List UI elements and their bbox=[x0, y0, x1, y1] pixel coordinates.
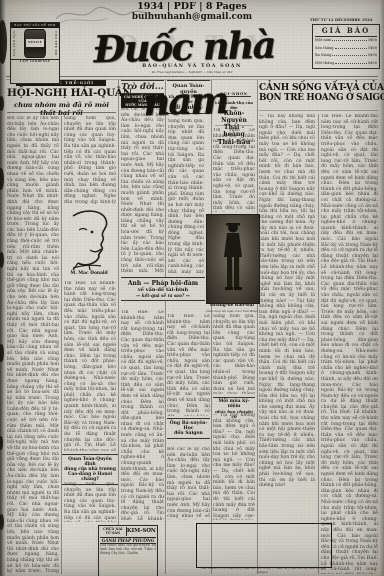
trodoi-body2: Tin Huế: Lễ khánh-thọ năm nay sẽ cử-hành… bbox=[121, 310, 164, 522]
scan-edge-right bbox=[380, 0, 384, 576]
baodai-caption-sub: (ảnh chụp hồi ngài còn ở bên Pháp) bbox=[196, 309, 268, 313]
watermark-email: buihuuhanh@gmail.com bbox=[0, 12, 384, 22]
price-label: Ba tháng bbox=[315, 52, 331, 60]
baodai-photo bbox=[206, 214, 260, 304]
heading-line: Ông Bá-xuyên-Học bbox=[167, 421, 210, 431]
kimson-note: Hốt thuốc theo toa gia-truyền, trị bịnh … bbox=[100, 544, 156, 568]
street-headline: CẢNH SỐNG VẤT-VẢ CỦA BỌN TRẺ HOANG Ở SAI… bbox=[259, 83, 378, 103]
price-box-title: GIÁ BÁO bbox=[315, 26, 377, 37]
quinhon-body3: — Tụi bây không nhà không cửa, ban đêm n… bbox=[213, 413, 255, 520]
governor-body3: Bởi các lẽ ấy cho nên dư-luận bên Âu-châ… bbox=[167, 447, 210, 520]
price-value: 0$90 bbox=[368, 52, 377, 60]
column-rule bbox=[61, 116, 62, 574]
bottom-photo-caption: Nền thành cổ với Phật-động ngàn thứ lạ ở… bbox=[198, 567, 328, 574]
price-label: Một năm bbox=[315, 37, 331, 45]
hanoi-school-heading: Quan Toàn-Quyền định dùng cửa nhà trường… bbox=[62, 454, 118, 485]
milk-can-label: NESTLÉ bbox=[26, 39, 44, 47]
governor-body2: Tin Huế: Lễ khánh-thọ năm nay sẽ cử-hành… bbox=[167, 314, 210, 416]
governor-body: Sáng hôm qua, chuyến xe lửa tốp nhứt đã … bbox=[168, 119, 204, 274]
baxuyen-heading: Ông Bá-xuyên-Học đến Saigon bbox=[167, 418, 210, 439]
caricature-caption: M. Mac Donald bbox=[59, 271, 119, 276]
milk-ad-side-left: SỮA RẤT TỐT bbox=[12, 31, 16, 75]
kimson-text: TỬ SẢN bbox=[100, 531, 126, 535]
headline-line: BỌN TRẺ HOANG Ở SAIGON bbox=[259, 93, 378, 103]
naval-subhead: chưa nhóm mà đã rõ mòi thất bại rồi bbox=[7, 101, 116, 117]
heading-line: đến Saigon bbox=[167, 431, 210, 436]
column-rule bbox=[118, 80, 119, 574]
trodoi-body: Bởi các lẽ ấy cho nên dư-luận bên Âu-châ… bbox=[121, 107, 164, 274]
column-rule bbox=[257, 80, 258, 574]
naval-body-col2a: Sáng hôm qua, chuyến xe lửa tốp nhứt đã … bbox=[64, 116, 116, 204]
price-label: Sáu tháng bbox=[315, 45, 334, 53]
price-row: Một năm3$00 bbox=[315, 37, 377, 45]
headline-line: CẢNH SỐNG VẤT-VẢ CỦA bbox=[259, 83, 378, 93]
naval-body-col2b: Tin Huế: Lễ khánh-thọ năm nay sẽ cử-hành… bbox=[64, 281, 116, 451]
anglo-heading: Anh — Pháp hội-đàm về vấn-đề tài-binh — … bbox=[121, 277, 205, 301]
heading-line: Mỗi mùa kỷ-niệm bbox=[213, 399, 255, 409]
kimson-name: KIM-SƠN bbox=[127, 527, 156, 536]
quinhon-body2: Sáng hôm qua, chuyến xe lửa tốp nhứt đã … bbox=[213, 314, 255, 394]
heading-line: — kết-quả sẽ ra sao? — bbox=[121, 293, 205, 298]
milk-can-image: NESTLÉ bbox=[24, 29, 46, 58]
dot-leader bbox=[335, 63, 367, 64]
column-rule bbox=[318, 114, 319, 574]
dot-leader bbox=[335, 48, 367, 49]
heading-line: Quan Toàn-Quyền định bbox=[62, 457, 118, 467]
street-body-col1: — Tụi bây không nhà không cửa, ban đêm n… bbox=[259, 114, 315, 520]
kimson-ad-box: CHỮA NẠI TỬ SẢN KIM-SƠN GÁNH PHÁP PHƯỜNG… bbox=[98, 525, 158, 576]
heading-line: Anh — Pháp hội-đàm bbox=[121, 280, 205, 287]
bottom-photo bbox=[196, 523, 332, 568]
dot-leader bbox=[332, 55, 366, 56]
heading-line: Cao-đẳng ở Hanoi chăng? bbox=[62, 472, 118, 482]
naval-body-col2c: Sáng hôm qua, chuyến xe lửa tốp nhứt đã … bbox=[64, 482, 116, 522]
price-value: 0$30 bbox=[368, 60, 377, 68]
dot-leader bbox=[332, 40, 367, 41]
milk-ad-box: BÁN THỬ SỮA ĐỂ XEM SỮA RẤT TỐT CHO TRẺ E… bbox=[10, 22, 60, 84]
macdonald-caricature-image bbox=[59, 206, 119, 270]
newspaper-scan-page: 1934 | PDF | 8 Pages buihuuhanh@gmail.co… bbox=[0, 0, 384, 576]
quinhon-body: Tin Huế: Lễ khánh-thọ năm nay sẽ cử-hành… bbox=[213, 128, 255, 212]
street-body-col2: Tin Huế: Lễ khánh-thọ năm nay sẽ cử-hành… bbox=[321, 114, 378, 574]
kimson-left-cell: CHỮA NẠI TỬ SẢN bbox=[100, 527, 127, 536]
milk-ad-side-right: CHO TRẺ EM bbox=[54, 31, 58, 75]
subscription-price-box: GIÁ BÁO Một năm3$00 Sáu tháng1$60 Ba thá… bbox=[312, 24, 380, 69]
watermark-line1: 1934 | PDF | 8 Pages bbox=[0, 1, 384, 12]
naval-headline: HỘI-NGHỊ HẢI-QUÂN bbox=[7, 87, 116, 99]
price-value: 3$00 bbox=[368, 37, 377, 45]
scan-edge-shadow bbox=[0, 0, 6, 576]
price-value: 1$60 bbox=[368, 45, 377, 53]
headline-rule bbox=[259, 110, 378, 111]
price-row: Ba tháng0$90 bbox=[315, 52, 377, 60]
naval-body-col1: Bởi các lẽ ấy cho nên dư-luận bên Âu-châ… bbox=[7, 116, 59, 574]
standing-figure-silhouette bbox=[207, 215, 259, 303]
milk-ad-footer: LAIT CONDENSÉ bbox=[11, 59, 59, 63]
column-rule bbox=[211, 80, 212, 574]
price-label: Một tháng bbox=[315, 60, 334, 68]
price-row: Một tháng0$30 bbox=[315, 60, 377, 68]
column-rule bbox=[165, 80, 166, 574]
price-row: Sáu tháng1$60 bbox=[315, 45, 377, 53]
